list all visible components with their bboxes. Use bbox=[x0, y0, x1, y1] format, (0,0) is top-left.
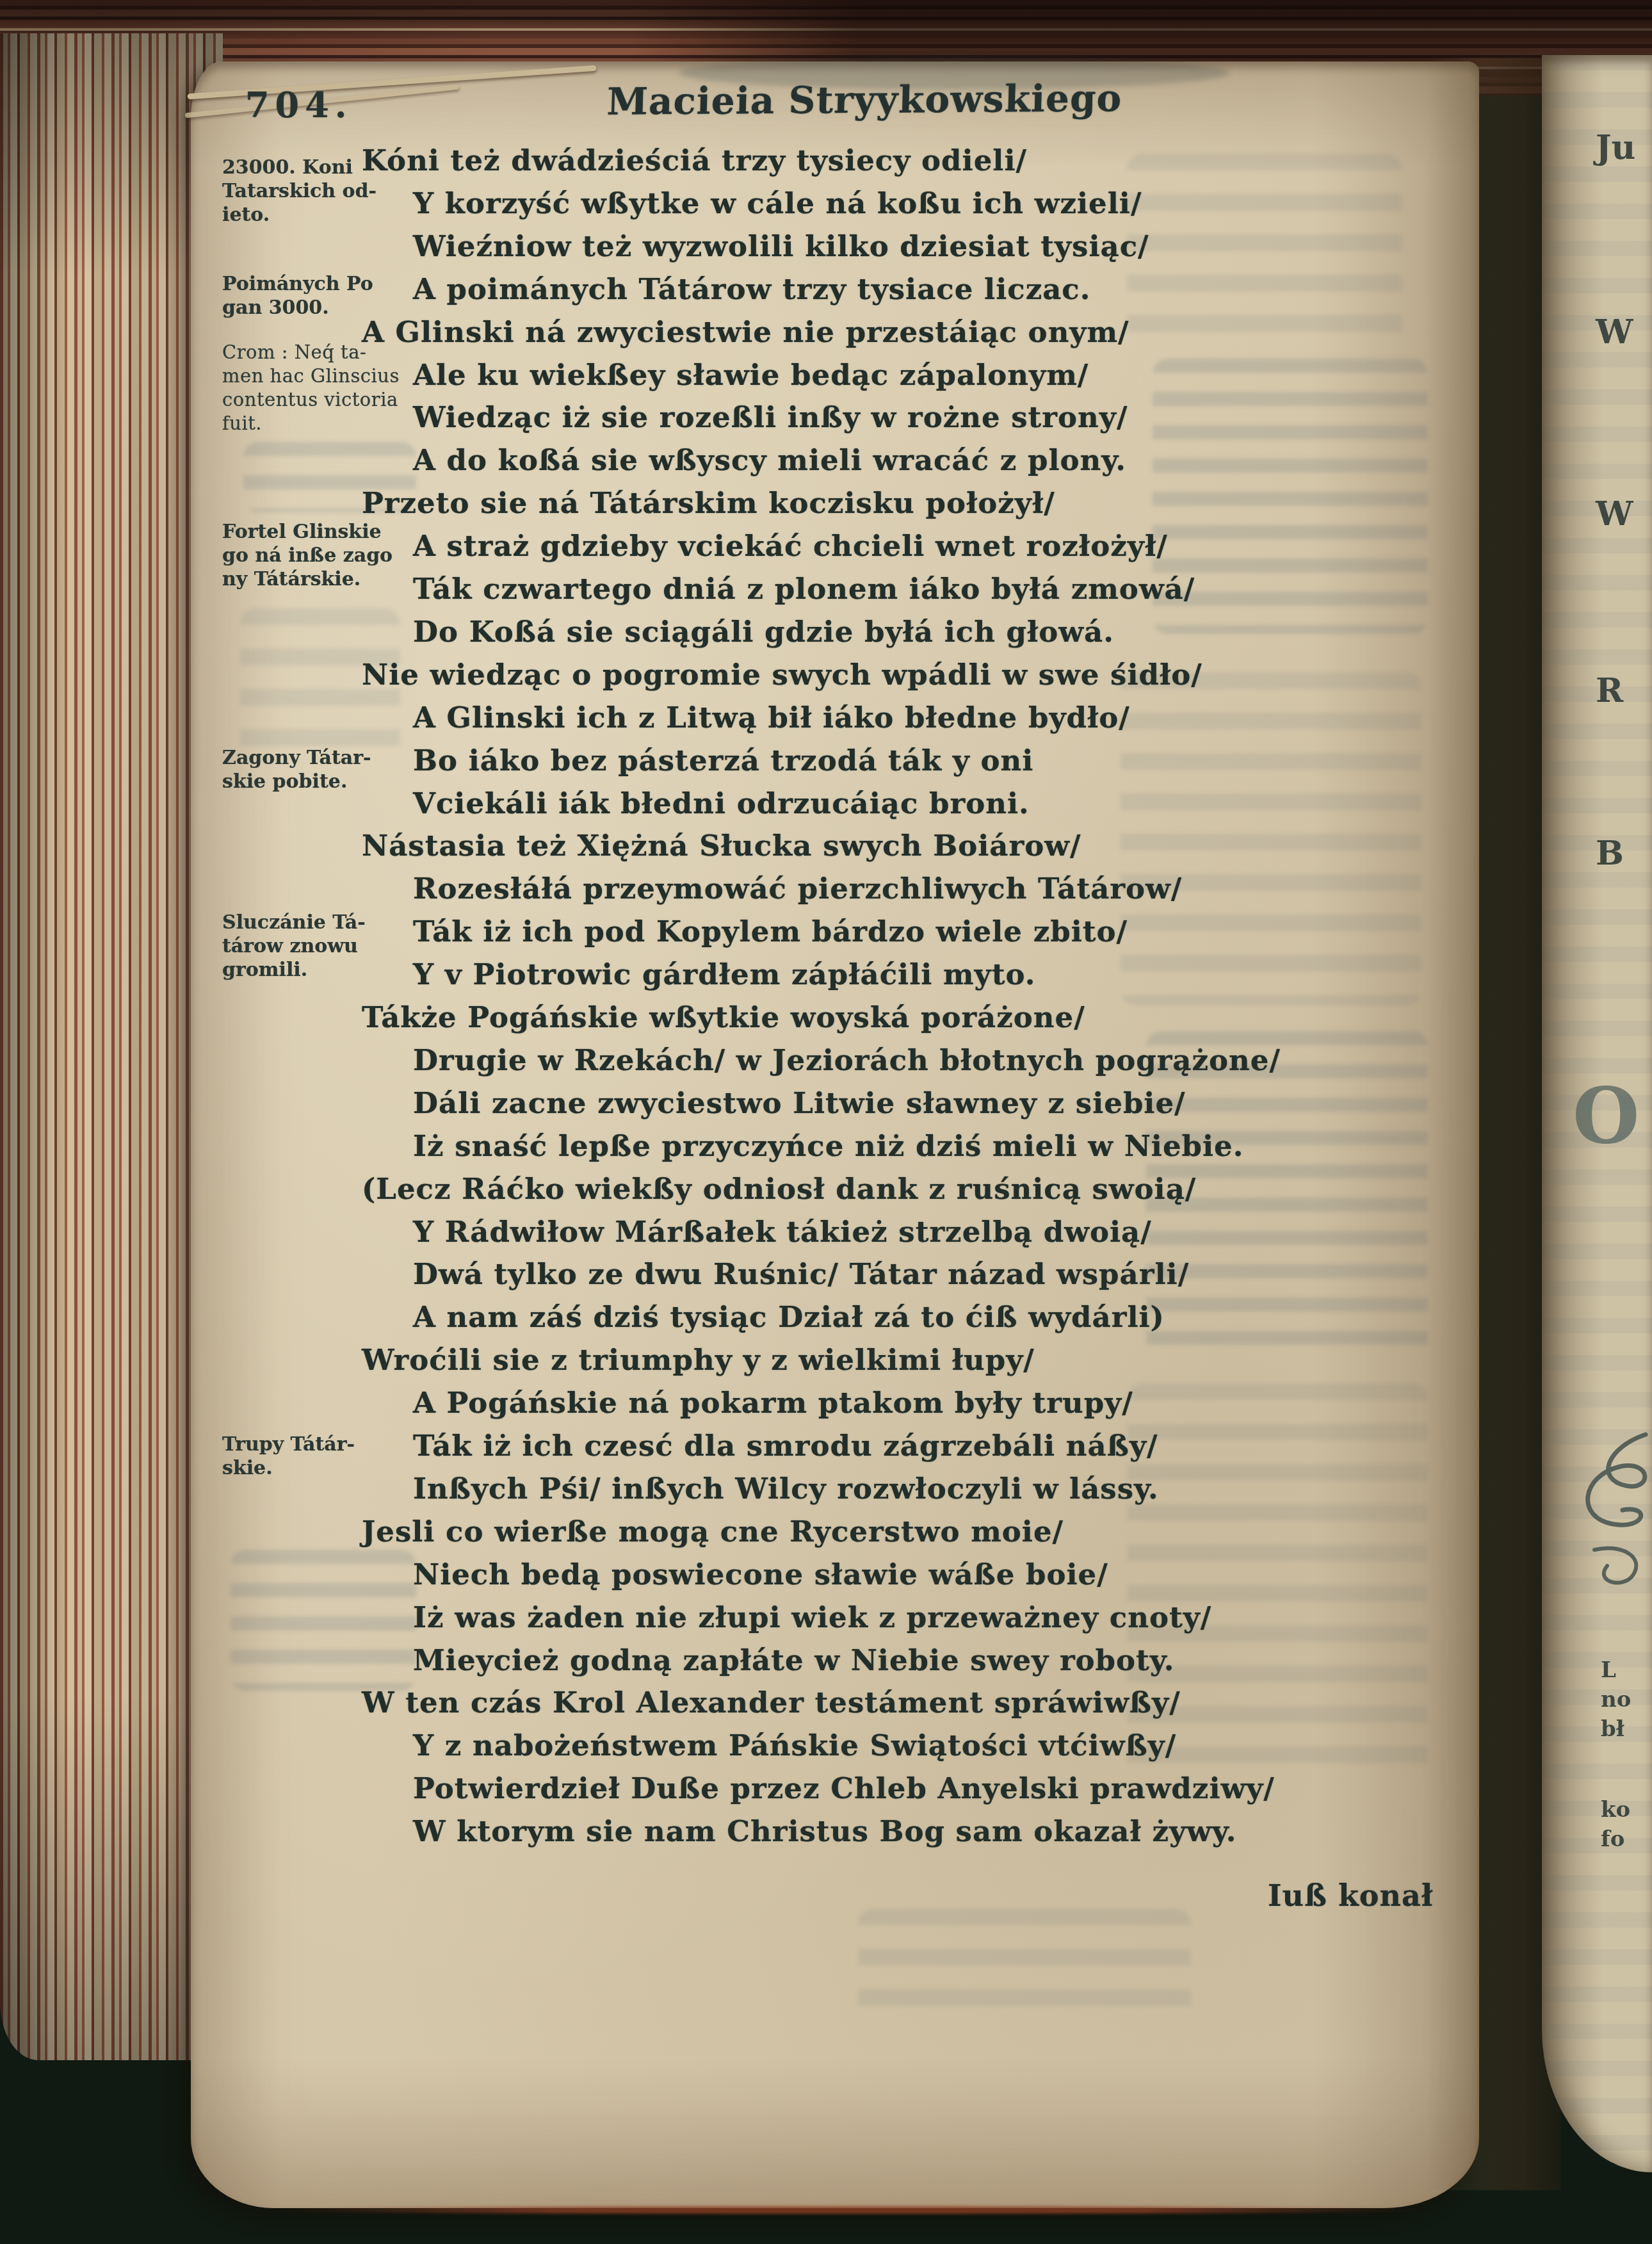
facing-page-fragment: Ju bbox=[1596, 128, 1635, 167]
facing-page-fragment: no bbox=[1601, 1687, 1631, 1712]
facing-page-text-fragments: JuWWRBOLnobłkofo bbox=[0, 0, 1652, 2244]
facing-page-fragment: B bbox=[1596, 834, 1624, 873]
facing-page-fragment: L bbox=[1601, 1657, 1616, 1683]
facing-page-fragment: W bbox=[1596, 313, 1633, 352]
facing-page-fragment: R bbox=[1596, 671, 1623, 710]
facing-page-fragment: W bbox=[1596, 494, 1633, 533]
facing-page-fragment: ko bbox=[1601, 1797, 1630, 1823]
facing-page-fragment: bł bbox=[1601, 1716, 1624, 1742]
old-book-scan: 704. Macieia Stryykowskiego 23000. KoniT… bbox=[0, 0, 1652, 2244]
handwriting-flourish bbox=[1556, 1422, 1652, 1633]
facing-page-fragment: O bbox=[1573, 1071, 1640, 1161]
facing-page-fragment: fo bbox=[1601, 1826, 1624, 1852]
